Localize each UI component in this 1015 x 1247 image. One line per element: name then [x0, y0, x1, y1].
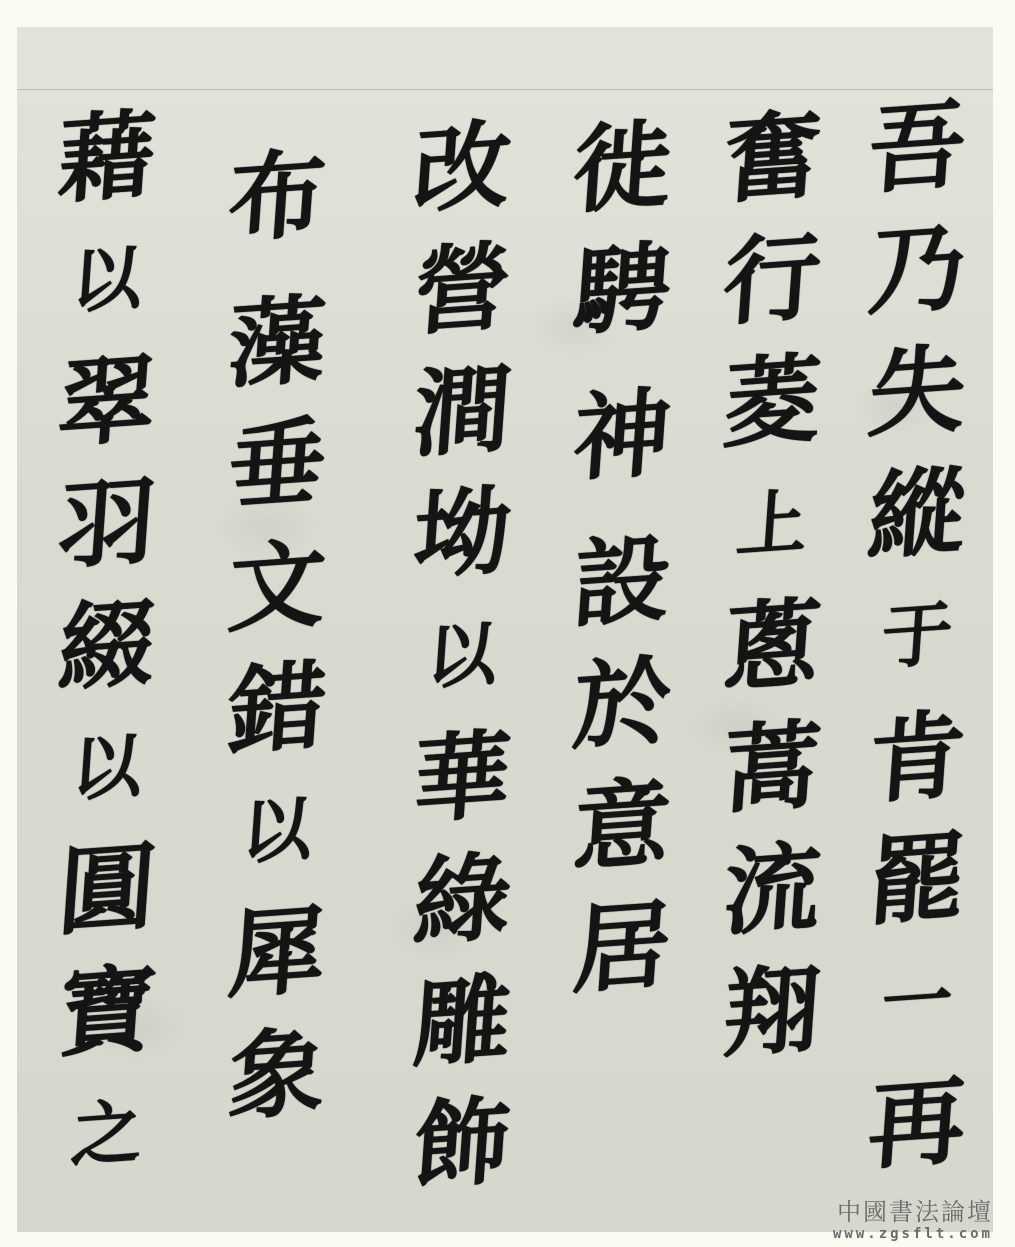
glyph: 肯	[864, 694, 969, 822]
glyph: 奮	[719, 94, 824, 222]
glyph: 文	[224, 523, 329, 651]
glyph: 綠	[409, 836, 514, 964]
glyph: 雕	[409, 958, 514, 1086]
glyph: 神	[568, 348, 677, 524]
glyph: 坳	[409, 470, 514, 598]
glyph: 以	[67, 217, 146, 344]
glyph: 以	[237, 768, 316, 895]
text-column-1: 吾 乃 失 縱 于 肯 罷 一 再	[852, 87, 982, 1185]
text-column-4: 改 營 澗 坳 以 華 綠 雕 飾	[397, 107, 527, 1205]
glyph: 營	[409, 226, 514, 354]
text-column-2: 奮 行 菱 上 蔥 蒿 流 翔	[707, 97, 837, 1073]
glyph: 吾	[864, 84, 969, 212]
glyph: 華	[409, 714, 514, 842]
glyph: 菱	[719, 338, 824, 466]
text-column-5: 布 藻 垂 文 錯 以 犀 象	[212, 112, 342, 1136]
glyph: 罷	[864, 816, 969, 944]
glyph: 意	[569, 762, 674, 890]
glyph: 象	[224, 1011, 329, 1139]
glyph: 綴	[54, 582, 159, 710]
glyph: 蔥	[719, 582, 824, 710]
glyph: 乃	[864, 206, 969, 334]
glyph: 之	[67, 1071, 146, 1198]
glyph: 上	[732, 461, 811, 588]
glyph: 翠	[54, 338, 159, 466]
glyph: 藻	[224, 279, 329, 407]
text-column-3: 徙 騁 神 設 於 意 居	[557, 107, 687, 1009]
glyph: 羽	[54, 460, 159, 588]
watermark-url: www.zgsflt.com	[833, 1226, 993, 1242]
glyph: 一	[877, 939, 956, 1066]
glyph: 蒿	[719, 704, 824, 832]
glyph: 縱	[864, 450, 969, 578]
glyph: 圓	[54, 826, 159, 954]
calligraphy-paper: 吾 乃 失 縱 于 肯 罷 一 再 奮 行 菱 上 蔥 蒿 流 翔 徙 騁 神 …	[17, 27, 993, 1232]
watermark-title: 中國書法論壇	[833, 1198, 993, 1226]
glyph: 澗	[409, 348, 514, 476]
text-column-6: 藉 以 翠 羽 綴 以 圓 寶 之	[42, 97, 172, 1195]
glyph: 犀	[224, 889, 329, 1017]
glyph: 錯	[224, 645, 329, 773]
glyph: 騁	[569, 226, 674, 354]
glyph: 流	[719, 826, 824, 954]
glyph: 設	[569, 518, 674, 646]
glyph: 布	[223, 109, 332, 285]
glyph: 翔	[719, 948, 824, 1076]
glyph: 飾	[409, 1080, 514, 1208]
paper-fold-line	[17, 89, 993, 90]
glyph: 再	[864, 1060, 969, 1188]
glyph: 藉	[54, 94, 159, 222]
glyph: 失	[864, 328, 969, 456]
glyph: 以	[67, 705, 146, 832]
glyph: 徙	[569, 104, 674, 232]
glyph: 于	[877, 573, 956, 700]
glyph: 居	[569, 884, 674, 1012]
glyph: 以	[422, 593, 501, 720]
glyph: 於	[569, 640, 674, 768]
site-watermark: 中國書法論壇 www.zgsflt.com	[833, 1198, 993, 1242]
glyph: 行	[719, 216, 824, 344]
glyph: 垂	[224, 401, 329, 529]
glyph: 改	[409, 104, 514, 232]
glyph: 寶	[54, 948, 159, 1076]
